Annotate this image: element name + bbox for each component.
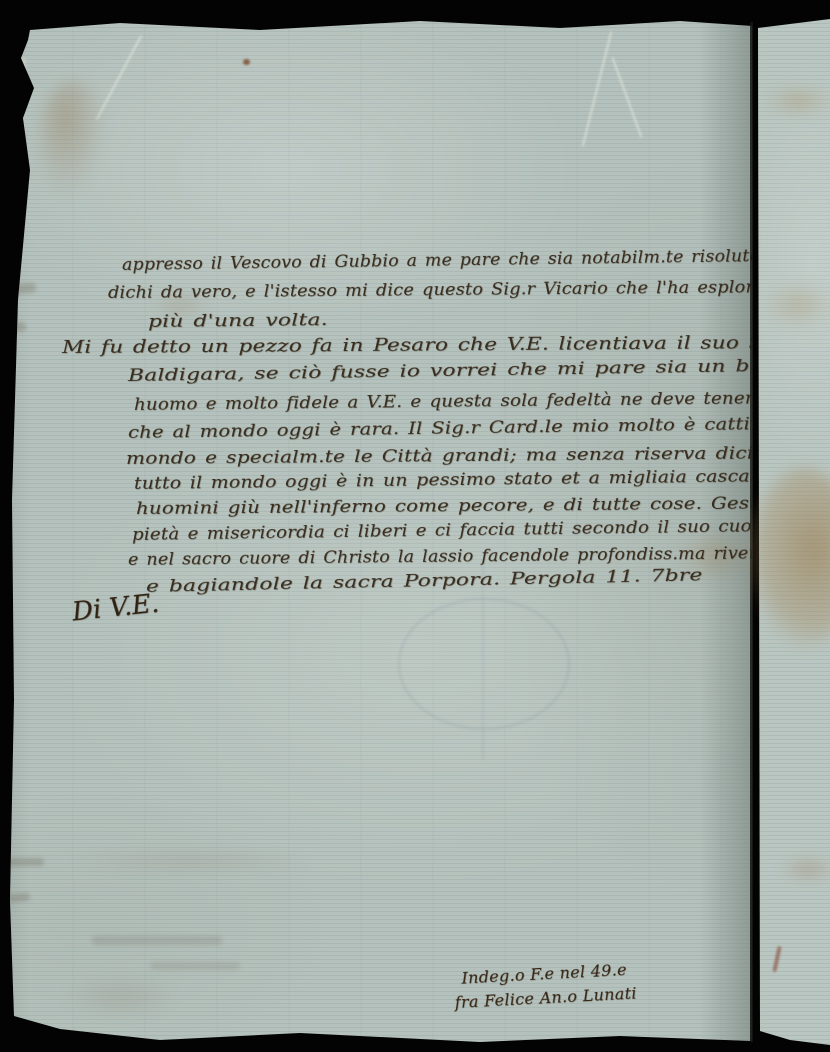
letter-page: appresso il Vescovo di Gubbio a me pare … (0, 0, 752, 1052)
manuscript-line: pietà e misericordia ci liberi e ci facc… (132, 516, 772, 545)
show-through-mark (0, 321, 26, 332)
manuscript-line: Baldigara, se ciò fusse io vorrei che mi… (128, 356, 792, 386)
scanned-letter: appresso il Vescovo di Gubbio a me pare … (0, 0, 830, 1052)
show-through-mark (2, 282, 37, 295)
faint-stain (763, 84, 830, 118)
crease-mark (612, 57, 643, 138)
faint-stain (70, 850, 310, 872)
fold-gutter (750, 22, 753, 1042)
manuscript-line: tutto il mondo oggi è in un pessimo stat… (134, 466, 807, 494)
docket-note: Indeg.o F.e nel 49.e fra Felice An.o Lun… (461, 957, 638, 1014)
manuscript-line: che al mondo oggi è rara. Il Sig.r Card.… (128, 414, 795, 443)
crease-mark (96, 35, 142, 120)
manuscript-line: appresso il Vescovo di Gubbio a me pare … (122, 245, 818, 275)
crease-mark (582, 32, 612, 147)
manuscript-line: Mi fu detto un pezzo fa in Pesaro che V.… (62, 332, 830, 358)
signature: Di V.E. (71, 589, 161, 628)
show-through-mark (150, 962, 240, 970)
manuscript-line: huomo e molto fidele a V.E. e questa sol… (134, 388, 814, 415)
manuscript-line: più d'una volta. (148, 310, 328, 332)
show-through-mark (92, 936, 222, 945)
manuscript-line: e bagiandole la sacra Porpora. Pergola 1… (146, 565, 703, 597)
faint-stain (761, 280, 830, 330)
torn-edge (13, 58, 26, 178)
foxing-stain (38, 82, 108, 202)
manuscript-line: huomini giù nell'inferno come pecore, e … (136, 493, 813, 519)
manuscript-line: dichi da vero, e l'istesso mi dice quest… (108, 277, 783, 303)
watermark-circle (398, 598, 570, 730)
adjacent-page-edge (755, 0, 830, 1052)
faint-stain (60, 975, 180, 1019)
ink-spot (243, 59, 250, 65)
show-through-mark (0, 893, 30, 904)
show-through-mark (4, 858, 44, 866)
manuscript-line: mondo e specialm.te le Città grandi; ma … (126, 443, 830, 469)
